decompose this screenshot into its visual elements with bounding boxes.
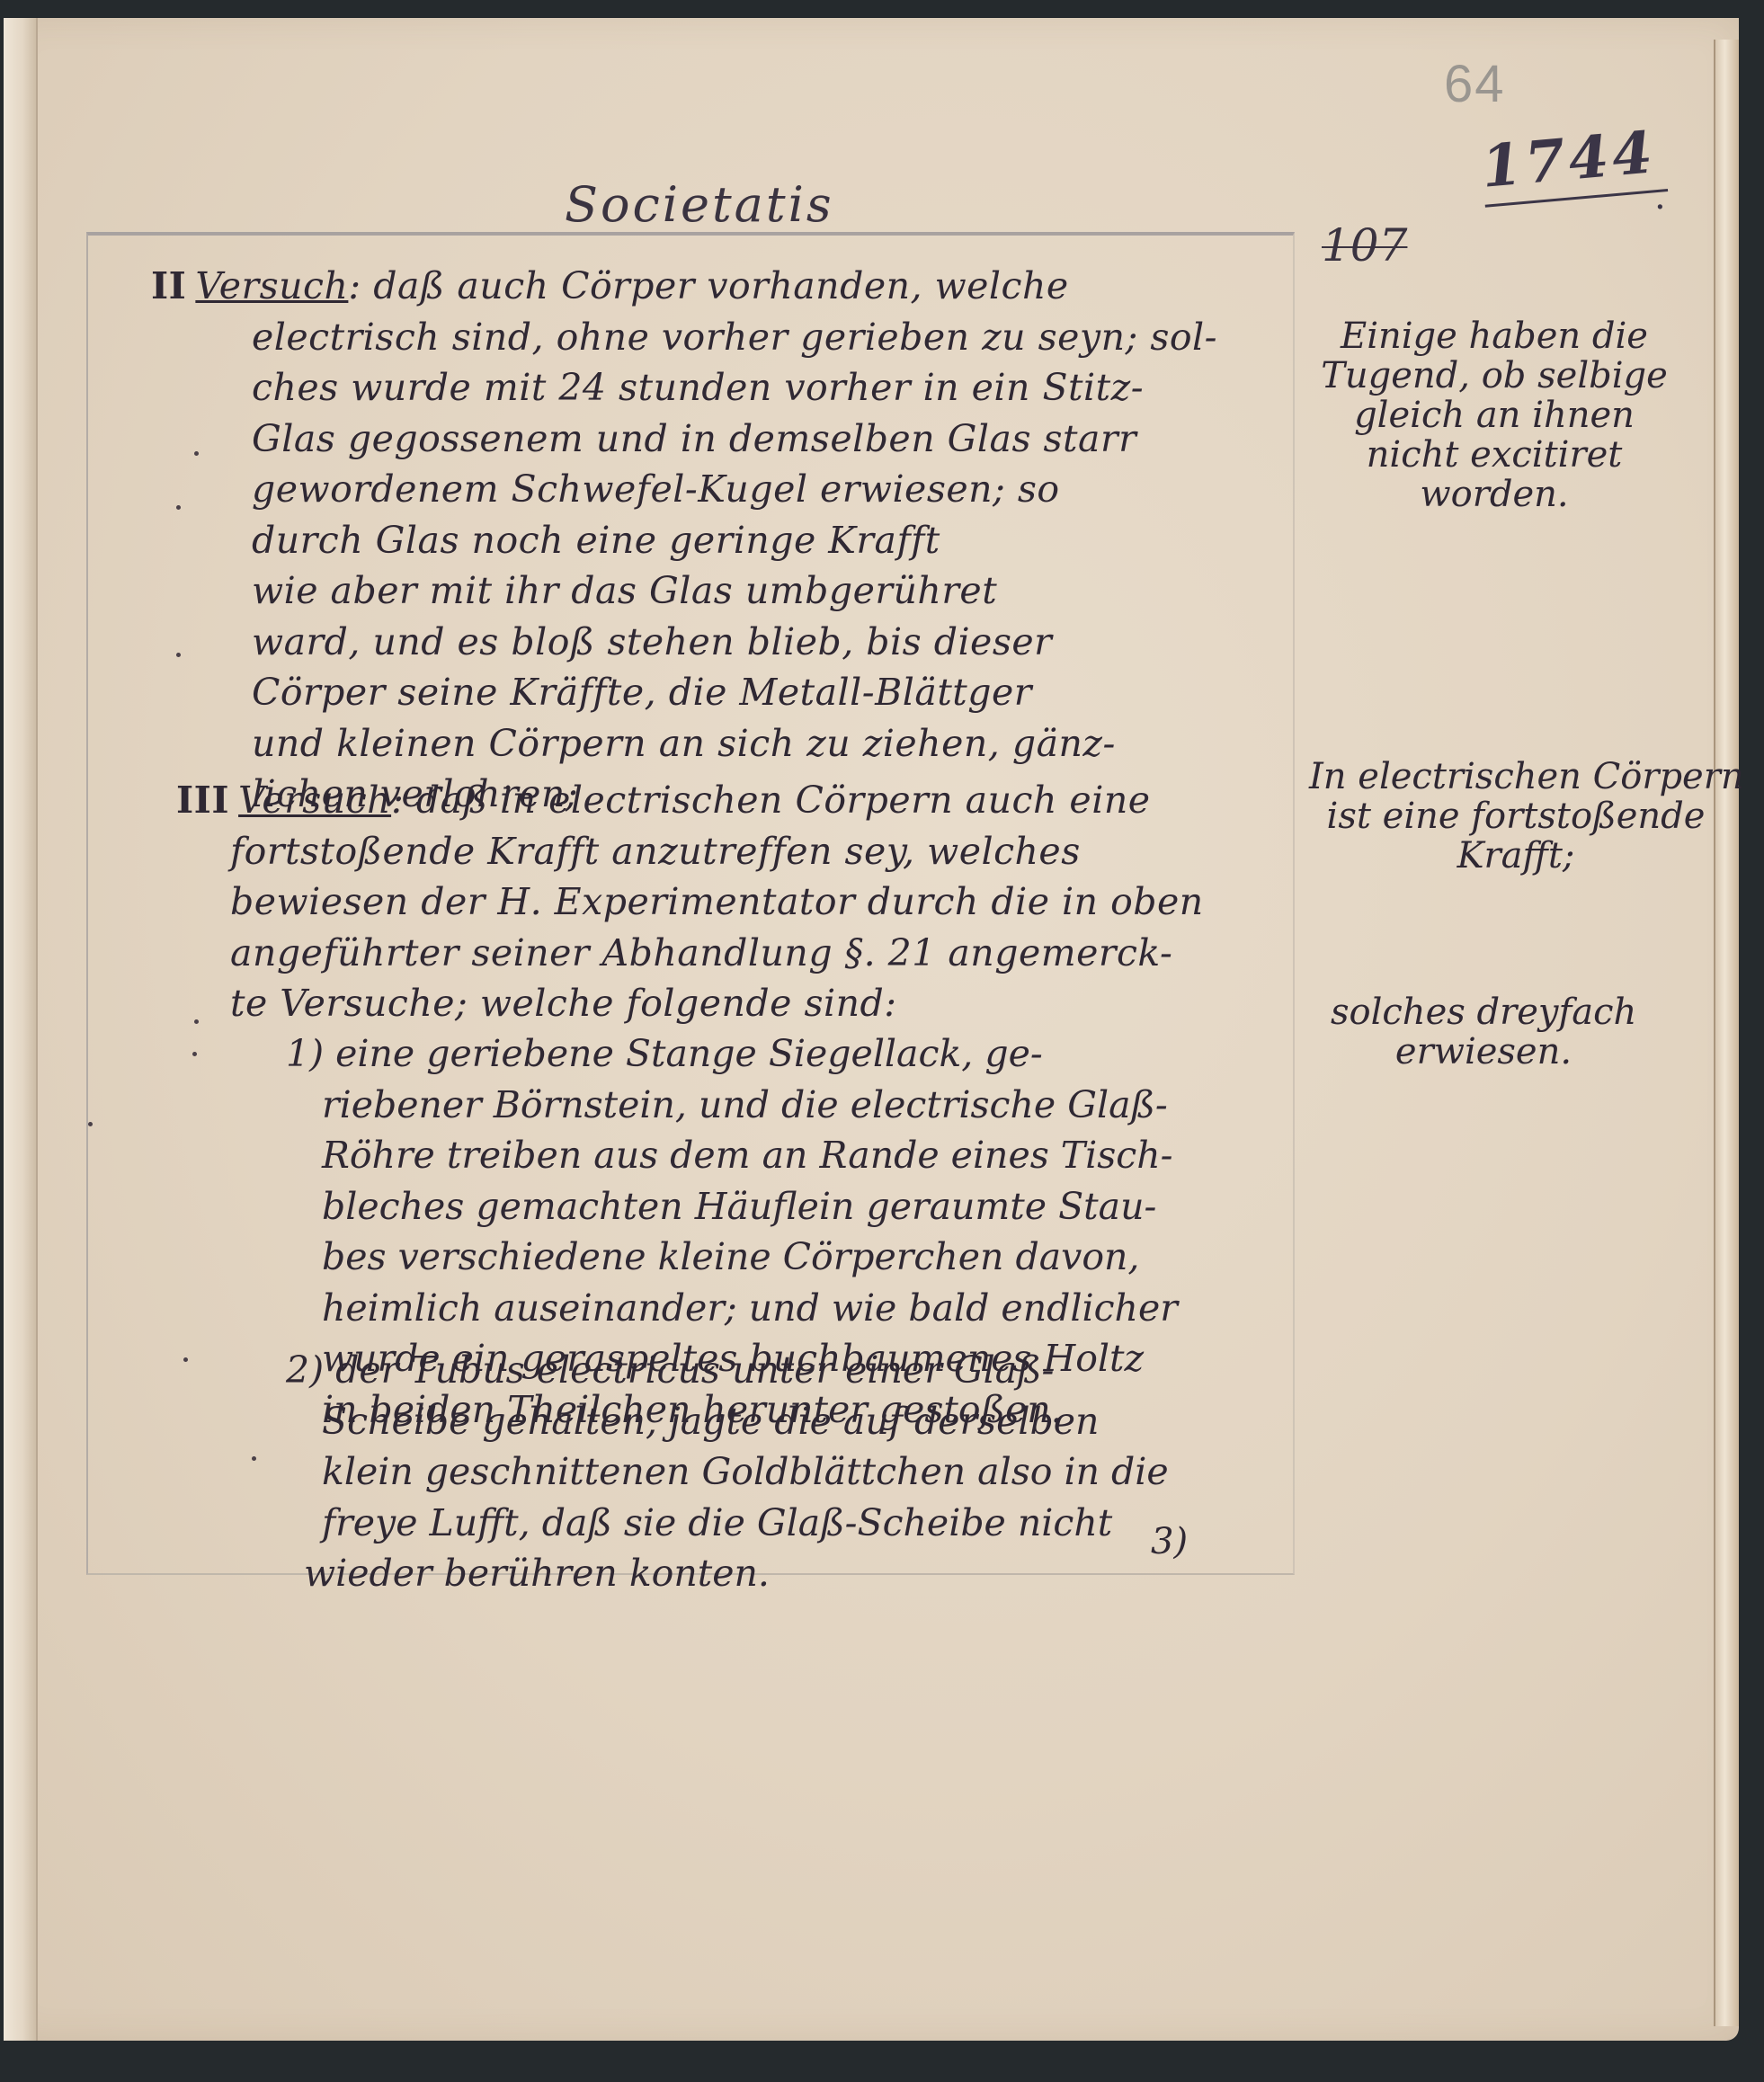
note-line: solches dreyfach — [1331, 992, 1636, 1032]
note-line: erwiesen. — [1331, 1032, 1636, 1072]
experiment-3-paragraph: IIIVersuch: daß in electrischen Cörpern … — [176, 775, 1204, 1029]
text-line: ches wurde mit 24 stunden vorher in ein … — [151, 362, 1217, 414]
experiment-label: Versuch — [238, 779, 391, 822]
experiment-label: Versuch — [195, 264, 348, 307]
text-line: bes verschiedene kleine Cörperchen davon… — [286, 1232, 1178, 1283]
ink-speck — [176, 505, 181, 510]
note-line: Krafft; — [1309, 836, 1723, 876]
text-line: 2) der Tubus electricus unter einer Glaß… — [286, 1345, 1169, 1396]
text-line: wieder berühren konten. — [286, 1548, 1169, 1599]
page-edge — [1714, 40, 1739, 2026]
text-line: Cörper seine Kräffte, die Metall-Blättge… — [151, 667, 1217, 718]
experiment-number: III — [176, 779, 229, 822]
ink-speck — [183, 1357, 188, 1362]
text-line: Glas gegossenem und in demselben Glas st… — [151, 414, 1217, 465]
text-line: te Versuche; welche folgende sind: — [176, 978, 1204, 1029]
note-line: worden. — [1314, 475, 1674, 514]
continuation-marker: 3) — [1151, 1521, 1188, 1562]
note-line: Einige haben die — [1314, 316, 1674, 356]
ink-speck — [194, 1019, 199, 1024]
ink-speck — [88, 1122, 93, 1126]
text-line: und kleinen Cörpern an sich zu ziehen, g… — [151, 718, 1217, 770]
note-line: ist eine fortstoßende — [1309, 796, 1723, 836]
text-line: durch Glas noch eine geringe Krafft — [151, 515, 1217, 566]
ink-speck — [252, 1456, 256, 1461]
text-line: wie aber mit ihr das Glas umbgerühret — [151, 565, 1217, 617]
page-title: Societatis — [565, 176, 834, 233]
experiment-2-paragraph: IIVersuch: daß auch Cörper vorhanden, we… — [151, 261, 1217, 820]
margin-note-2: In electrischen Cörpern ist eine fortsto… — [1309, 757, 1723, 876]
text-line: bewiesen der H. Experimentator durch die… — [176, 876, 1204, 928]
note-line: nicht excitiret — [1314, 435, 1674, 475]
margin-note-1: Einige haben die Tugend, ob selbige glei… — [1314, 316, 1674, 514]
text-line: gewordenem Schwefel-Kugel erwiesen; so — [151, 464, 1217, 515]
note-line: Tugend, ob selbige — [1314, 356, 1674, 396]
ink-speck — [192, 1052, 197, 1056]
folio-number: 64 — [1444, 54, 1506, 114]
experiment-2-line: IIVersuch: daß auch Cörper vorhanden, we… — [151, 261, 1217, 312]
text-line: 1) eine geriebene Stange Siegellack, ge- — [286, 1028, 1178, 1080]
note-line: In electrischen Cörpern — [1309, 757, 1723, 796]
note-line: gleich an ihnen — [1314, 396, 1674, 435]
experiment-3-line: IIIVersuch: daß in electrischen Cörpern … — [176, 775, 1204, 826]
text-line: angeführter seiner Abhandlung §. 21 ange… — [176, 928, 1204, 979]
step-2: 2) der Tubus electricus unter einer Glaß… — [286, 1345, 1169, 1599]
year-suffix: . — [1654, 176, 1666, 218]
text-line: Röhre treiben aus dem an Rande eines Tis… — [286, 1130, 1178, 1181]
text-line: riebener Börnstein, und die electrische … — [286, 1080, 1178, 1131]
ink-speck — [194, 451, 199, 456]
text-line: freye Lufft, daß sie die Glaß-Scheibe ni… — [286, 1498, 1169, 1549]
text-line: fortstoßende Krafft anzutreffen sey, wel… — [176, 826, 1204, 877]
page-gutter — [4, 18, 38, 2041]
text-line: heimlich auseinander; und wie bald endli… — [286, 1283, 1178, 1334]
experiment-number: II — [151, 264, 186, 307]
text-line: bleches gemachten Häuflein geraumte Stau… — [286, 1181, 1178, 1232]
text-line: klein geschnittenen Goldblättchen also i… — [286, 1446, 1169, 1498]
entry-number: 107 — [1322, 219, 1407, 271]
text-line: electrisch sind, ohne vorher gerieben zu… — [151, 312, 1217, 363]
text-line: ward, und es bloß stehen blieb, bis dies… — [151, 617, 1217, 668]
text-line: Scheibe gehalten, jagte die auf derselbe… — [286, 1396, 1169, 1447]
ink-speck — [176, 653, 181, 657]
margin-note-3: solches dreyfach erwiesen. — [1331, 992, 1636, 1072]
